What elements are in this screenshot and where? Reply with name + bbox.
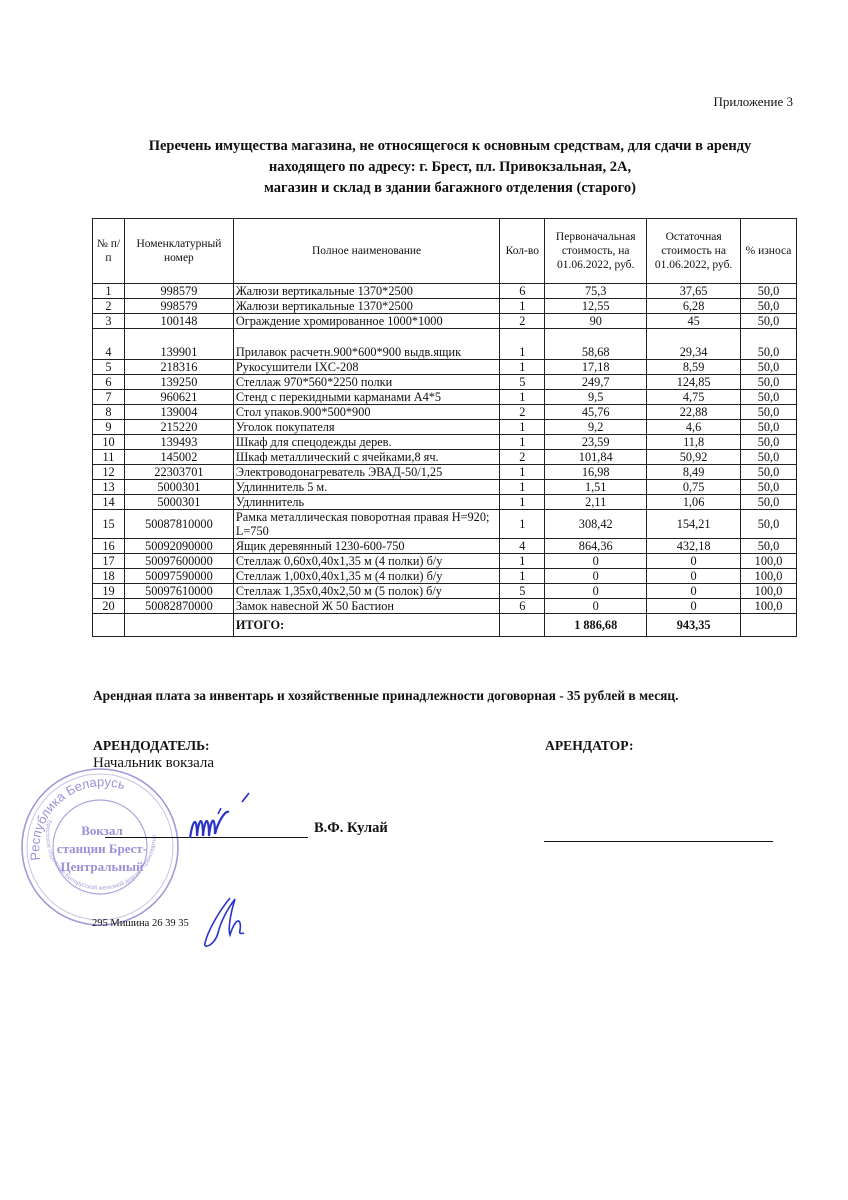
contact-signature-scribble (200, 895, 250, 950)
row-initial-cost: 9,2 (545, 420, 647, 435)
row-num: 13 (93, 480, 125, 495)
row-qty: 1 (500, 480, 545, 495)
row-residual-cost: 37,65 (647, 284, 741, 299)
row-code: 100148 (124, 314, 233, 329)
row-qty: 1 (500, 299, 545, 314)
row-wear: 100,0 (741, 599, 797, 614)
row-initial-cost: 2,11 (545, 495, 647, 510)
header-qty: Кол-во (500, 219, 545, 284)
header-name: Полное наименование (233, 219, 499, 284)
row-num: 16 (93, 539, 125, 554)
row-num: 15 (93, 510, 125, 539)
row-residual-cost: 0 (647, 584, 741, 599)
row-initial-cost: 1,51 (545, 480, 647, 495)
row-num: 5 (93, 360, 125, 375)
row-initial-cost: 0 (545, 554, 647, 569)
table-row: 3100148Ограждение хромированное 1000*100… (93, 314, 797, 329)
row-initial-cost: 17,18 (545, 360, 647, 375)
row-num: 4 (93, 329, 125, 360)
row-initial-cost: 101,84 (545, 450, 647, 465)
row-residual-cost: 11,8 (647, 435, 741, 450)
row-qty: 6 (500, 599, 545, 614)
row-qty: 1 (500, 329, 545, 360)
table-row: 1222303701Электроводонагреватель ЭВАД-50… (93, 465, 797, 480)
row-initial-cost: 45,76 (545, 405, 647, 420)
row-residual-cost: 50,92 (647, 450, 741, 465)
row-wear: 50,0 (741, 405, 797, 420)
row-qty: 4 (500, 539, 545, 554)
total-label: ИТОГО: (233, 614, 499, 637)
row-qty: 2 (500, 450, 545, 465)
row-residual-cost: 1,06 (647, 495, 741, 510)
row-wear: 50,0 (741, 465, 797, 480)
row-initial-cost: 23,59 (545, 435, 647, 450)
row-residual-cost: 22,88 (647, 405, 741, 420)
row-wear: 50,0 (741, 435, 797, 450)
table-row: 10139493Шкаф для спецодежды дерев.123,59… (93, 435, 797, 450)
row-num: 12 (93, 465, 125, 480)
lessor-label: АРЕНДОДАТЕЛЬ: (93, 738, 210, 754)
row-name: Жалюзи вертикальные 1370*2500 (233, 284, 499, 299)
table-row: 5218316Рукосушители IXC-208117,188,5950,… (93, 360, 797, 375)
table-total-row: ИТОГО:1 886,68943,35 (93, 614, 797, 637)
row-name: Стеллаж 970*560*2250 полки (233, 375, 499, 390)
row-initial-cost: 0 (545, 584, 647, 599)
header-wear: % износа (741, 219, 797, 284)
row-num: 7 (93, 390, 125, 405)
row-name: Рукосушители IXC-208 (233, 360, 499, 375)
row-residual-cost: 154,21 (647, 510, 741, 539)
row-name: Стол упаков.900*500*900 (233, 405, 499, 420)
row-wear: 50,0 (741, 360, 797, 375)
row-name: Ящик деревянный 1230-600-750 (233, 539, 499, 554)
row-name: Замок навесной Ж 50 Бастион (233, 599, 499, 614)
official-stamp: Республика Беларусь Брестское отделение … (18, 765, 183, 930)
row-wear: 100,0 (741, 569, 797, 584)
row-name: Шкаф для спецодежды дерев. (233, 435, 499, 450)
row-num: 18 (93, 569, 125, 584)
total-empty-num (93, 614, 125, 637)
row-qty: 1 (500, 569, 545, 584)
signature-tick-mark (240, 790, 252, 804)
row-name: Шкаф металлический с ячейками,8 яч. (233, 450, 499, 465)
total-empty-code (124, 614, 233, 637)
stamp-center-line-3: Центральный (60, 859, 144, 874)
row-num: 6 (93, 375, 125, 390)
row-qty: 1 (500, 465, 545, 480)
table-header-row: № п/п Номенклатурный номер Полное наимен… (93, 219, 797, 284)
row-residual-cost: 8,49 (647, 465, 741, 480)
row-residual-cost: 432,18 (647, 539, 741, 554)
row-qty: 1 (500, 435, 545, 450)
table-row: 2050082870000Замок навесной Ж 50 Бастион… (93, 599, 797, 614)
row-residual-cost: 45 (647, 314, 741, 329)
row-initial-cost: 249,7 (545, 375, 647, 390)
row-name: Ограждение хромированное 1000*1000 (233, 314, 499, 329)
row-num: 11 (93, 450, 125, 465)
row-num: 19 (93, 584, 125, 599)
header-initial-cost: Первоначальная стоимость, на 01.06.2022,… (545, 219, 647, 284)
row-residual-cost: 6,28 (647, 299, 741, 314)
row-wear: 100,0 (741, 584, 797, 599)
table-row: 1750097600000Стеллаж 0,60х0,40х1,35 м (4… (93, 554, 797, 569)
inventory-table: № п/п Номенклатурный номер Полное наимен… (92, 218, 797, 637)
row-wear: 50,0 (741, 450, 797, 465)
row-code: 145002 (124, 450, 233, 465)
row-residual-cost: 4,75 (647, 390, 741, 405)
row-residual-cost: 29,34 (647, 329, 741, 360)
row-code: 50087810000 (124, 510, 233, 539)
row-wear: 50,0 (741, 329, 797, 360)
row-name: Стенд с перекидными карманами А4*5 (233, 390, 499, 405)
title-line-2: находящего по адресу: г. Брест, пл. Прив… (90, 157, 810, 178)
row-wear: 50,0 (741, 420, 797, 435)
row-initial-cost: 90 (545, 314, 647, 329)
row-qty: 1 (500, 510, 545, 539)
row-code: 139493 (124, 435, 233, 450)
table-row: 135000301Удлиннитель 5 м.11,510,7550,0 (93, 480, 797, 495)
row-code: 5000301 (124, 480, 233, 495)
row-num: 1 (93, 284, 125, 299)
row-initial-cost: 75,3 (545, 284, 647, 299)
table-row: 7960621Стенд с перекидными карманами А4*… (93, 390, 797, 405)
row-residual-cost: 124,85 (647, 375, 741, 390)
row-qty: 1 (500, 360, 545, 375)
row-initial-cost: 16,98 (545, 465, 647, 480)
stamp-center-line-1: Вокзал (81, 823, 123, 838)
lessee-signature-line (544, 841, 773, 842)
row-initial-cost: 0 (545, 599, 647, 614)
row-name: Стеллаж 1,35х0,40х2,50 м (5 полок) б/у (233, 584, 499, 599)
row-code: 998579 (124, 284, 233, 299)
table-row: 1550087810000Рамка металлическая поворот… (93, 510, 797, 539)
row-initial-cost: 9,5 (545, 390, 647, 405)
row-wear: 50,0 (741, 299, 797, 314)
row-qty: 1 (500, 420, 545, 435)
row-code: 139901 (124, 329, 233, 360)
header-residual-cost: Остаточная стоимость на 01.06.2022, руб. (647, 219, 741, 284)
rent-note: Арендная плата за инвентарь и хозяйствен… (93, 688, 679, 704)
appendix-label: Приложение 3 (713, 94, 793, 110)
total-empty-wear (741, 614, 797, 637)
stamp-center-line-2: станции Брест- (57, 841, 147, 856)
row-code: 50092090000 (124, 539, 233, 554)
row-wear: 50,0 (741, 314, 797, 329)
row-name: Удлиннитель (233, 495, 499, 510)
row-residual-cost: 0,75 (647, 480, 741, 495)
title-line-1: Перечень имущества магазина, не относяще… (90, 136, 810, 157)
row-num: 17 (93, 554, 125, 569)
row-initial-cost: 12,55 (545, 299, 647, 314)
row-name: Стеллаж 1,00х0,40х1,35 м (4 полки) б/у (233, 569, 499, 584)
table-row: 145000301Удлиннитель12,111,0650,0 (93, 495, 797, 510)
row-code: 218316 (124, 360, 233, 375)
lessor-name: В.Ф. Кулай (314, 820, 388, 837)
row-num: 3 (93, 314, 125, 329)
table-row: 1850097590000Стеллаж 1,00х0,40х1,35 м (4… (93, 569, 797, 584)
row-qty: 1 (500, 390, 545, 405)
row-residual-cost: 8,59 (647, 360, 741, 375)
contact-note: 295 Мишина 26 39 35 (92, 918, 189, 929)
row-wear: 50,0 (741, 510, 797, 539)
row-initial-cost: 864,36 (545, 539, 647, 554)
title-line-3: магазин и склад в здании багажного отдел… (90, 178, 810, 199)
row-qty: 2 (500, 314, 545, 329)
table-row: 1950097610000Стеллаж 1,35х0,40х2,50 м (5… (93, 584, 797, 599)
row-code: 50082870000 (124, 599, 233, 614)
row-wear: 50,0 (741, 284, 797, 299)
row-code: 50097600000 (124, 554, 233, 569)
row-code: 22303701 (124, 465, 233, 480)
row-qty: 1 (500, 554, 545, 569)
table-row: 11145002Шкаф металлический с ячейками,8 … (93, 450, 797, 465)
row-qty: 5 (500, 584, 545, 599)
total-residual-cost: 943,35 (647, 614, 741, 637)
row-num: 2 (93, 299, 125, 314)
row-num: 8 (93, 405, 125, 420)
table-row: 2998579Жалюзи вертикальные 1370*2500112,… (93, 299, 797, 314)
row-code: 215220 (124, 420, 233, 435)
row-qty: 1 (500, 495, 545, 510)
row-num: 9 (93, 420, 125, 435)
table-row: 4139901Прилавок расчетн.900*600*900 выдв… (93, 329, 797, 360)
total-initial-cost: 1 886,68 (545, 614, 647, 637)
row-num: 10 (93, 435, 125, 450)
table-row: 8139004Стол упаков.900*500*900245,7622,8… (93, 405, 797, 420)
row-name: Жалюзи вертикальные 1370*2500 (233, 299, 499, 314)
row-residual-cost: 0 (647, 554, 741, 569)
row-wear: 50,0 (741, 390, 797, 405)
table-row: 1650092090000Ящик деревянный 1230-600-75… (93, 539, 797, 554)
header-code: Номенклатурный номер (124, 219, 233, 284)
row-name: Рамка металлическая поворотная правая H=… (233, 510, 499, 539)
row-name: Прилавок расчетн.900*600*900 выдв.ящик (233, 329, 499, 360)
row-residual-cost: 4,6 (647, 420, 741, 435)
row-code: 139250 (124, 375, 233, 390)
lessee-label: АРЕНДАТОР: (545, 738, 634, 754)
table-row: 9215220Уголок покупателя19,24,650,0 (93, 420, 797, 435)
header-num: № п/п (93, 219, 125, 284)
row-code: 960621 (124, 390, 233, 405)
row-qty: 5 (500, 375, 545, 390)
row-wear: 50,0 (741, 539, 797, 554)
row-initial-cost: 0 (545, 569, 647, 584)
row-name: Уголок покупателя (233, 420, 499, 435)
row-qty: 6 (500, 284, 545, 299)
row-name: Стеллаж 0,60х0,40х1,35 м (4 полки) б/у (233, 554, 499, 569)
row-name: Удлиннитель 5 м. (233, 480, 499, 495)
row-wear: 50,0 (741, 375, 797, 390)
row-code: 998579 (124, 299, 233, 314)
table-row: 6139250Стеллаж 970*560*2250 полки5249,71… (93, 375, 797, 390)
document-title: Перечень имущества магазина, не относяще… (90, 136, 810, 199)
row-wear: 100,0 (741, 554, 797, 569)
row-qty: 2 (500, 405, 545, 420)
row-residual-cost: 0 (647, 599, 741, 614)
row-code: 50097610000 (124, 584, 233, 599)
row-num: 14 (93, 495, 125, 510)
row-code: 5000301 (124, 495, 233, 510)
row-code: 139004 (124, 405, 233, 420)
row-wear: 50,0 (741, 495, 797, 510)
row-initial-cost: 308,42 (545, 510, 647, 539)
row-name: Электроводонагреватель ЭВАД-50/1,25 (233, 465, 499, 480)
table-row: 1998579Жалюзи вертикальные 1370*2500675,… (93, 284, 797, 299)
row-code: 50097590000 (124, 569, 233, 584)
row-residual-cost: 0 (647, 569, 741, 584)
row-num: 20 (93, 599, 125, 614)
lessor-signature-scribble (185, 808, 235, 848)
row-initial-cost: 58,68 (545, 329, 647, 360)
total-empty-qty (500, 614, 545, 637)
row-wear: 50,0 (741, 480, 797, 495)
